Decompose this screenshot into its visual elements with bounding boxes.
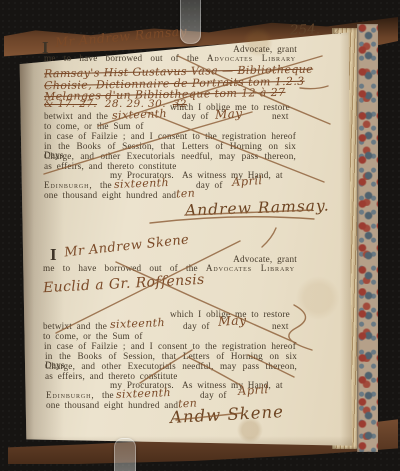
edge-page-mark: 2. bbox=[334, 27, 342, 36]
entry1-next-label: next bbox=[272, 112, 289, 121]
entry1-year-line: one thousand eight hundred and bbox=[44, 191, 176, 200]
entry2-betwixt-label: betwixt and the bbox=[43, 322, 107, 331]
entry1-edinburgh-label: Edinburgh, bbox=[44, 181, 93, 190]
acrylic-page-holder-bottom bbox=[114, 438, 136, 471]
entry2-failzie-line-1: in case of Failzie ; and I consent to th… bbox=[44, 342, 296, 351]
entry1-the-label: the bbox=[100, 181, 112, 190]
entry2-next-label: next bbox=[272, 322, 289, 331]
entry1-restore-month: May bbox=[215, 107, 243, 120]
entry1-day-of-label: day of bbox=[182, 112, 209, 121]
entry2-year-line: one thousand eight hundred and bbox=[46, 401, 178, 410]
acrylic-page-holder-top bbox=[180, 0, 201, 44]
entry1-year-word: ten bbox=[176, 188, 196, 200]
entry2-edinburgh-label: Edinburgh, bbox=[46, 391, 95, 400]
entry2-advocates-library: Advocates Library bbox=[206, 263, 295, 273]
page-number: 254. bbox=[290, 21, 321, 38]
entry2-day-of-label: day of bbox=[183, 322, 210, 331]
entry1-advocates-library: Advocates Library bbox=[207, 53, 296, 63]
entry2-borrowed-line: me to have borrowed out of the Advocates… bbox=[43, 264, 295, 273]
entry1-borrowed-pre: me to have borrowed out of the bbox=[44, 53, 199, 63]
entry2-restore-day: sixteenth bbox=[110, 317, 165, 330]
entry1-book-line4-struck-pre: & 17. 27. bbox=[44, 98, 97, 110]
entry1-signed-day: sixteenth bbox=[114, 177, 169, 190]
entry2-to-come-line: to come, or the Sum of bbox=[43, 332, 143, 341]
entry2-signed-day: sixteenth bbox=[116, 387, 171, 400]
entry1-restore-day: sixteenth bbox=[112, 108, 167, 121]
entry2-printed-initial: I bbox=[50, 246, 57, 263]
entry1-betwixt-label: betwixt and the bbox=[44, 112, 108, 121]
entry1-borrowed-line: me to have borrowed out of the Advocates… bbox=[44, 54, 296, 63]
marbled-cover-board bbox=[357, 24, 378, 452]
entry2-restore-month: May bbox=[218, 314, 247, 328]
entry2-the-label: the bbox=[102, 391, 114, 400]
entry1-signed-month: April bbox=[232, 175, 263, 189]
entry2-day-of-label-2: day of bbox=[200, 391, 227, 400]
entry1-failzie-line-1: in case of Failzie ; and I consent to th… bbox=[44, 132, 296, 141]
entry1-failzie-line-3: Charge, and other Executorials needful, … bbox=[44, 152, 296, 161]
entry2-borrowed-pre: me to have borrowed out of the bbox=[43, 263, 198, 273]
entry2-failzie-line-3: Charge, and other Executorials needful, … bbox=[45, 362, 297, 371]
entry1-to-come-line: to come, or the Sum of bbox=[44, 122, 144, 131]
entry1-day-of-label-2: day of bbox=[196, 181, 223, 190]
entry2-signed-month: April bbox=[238, 384, 269, 398]
